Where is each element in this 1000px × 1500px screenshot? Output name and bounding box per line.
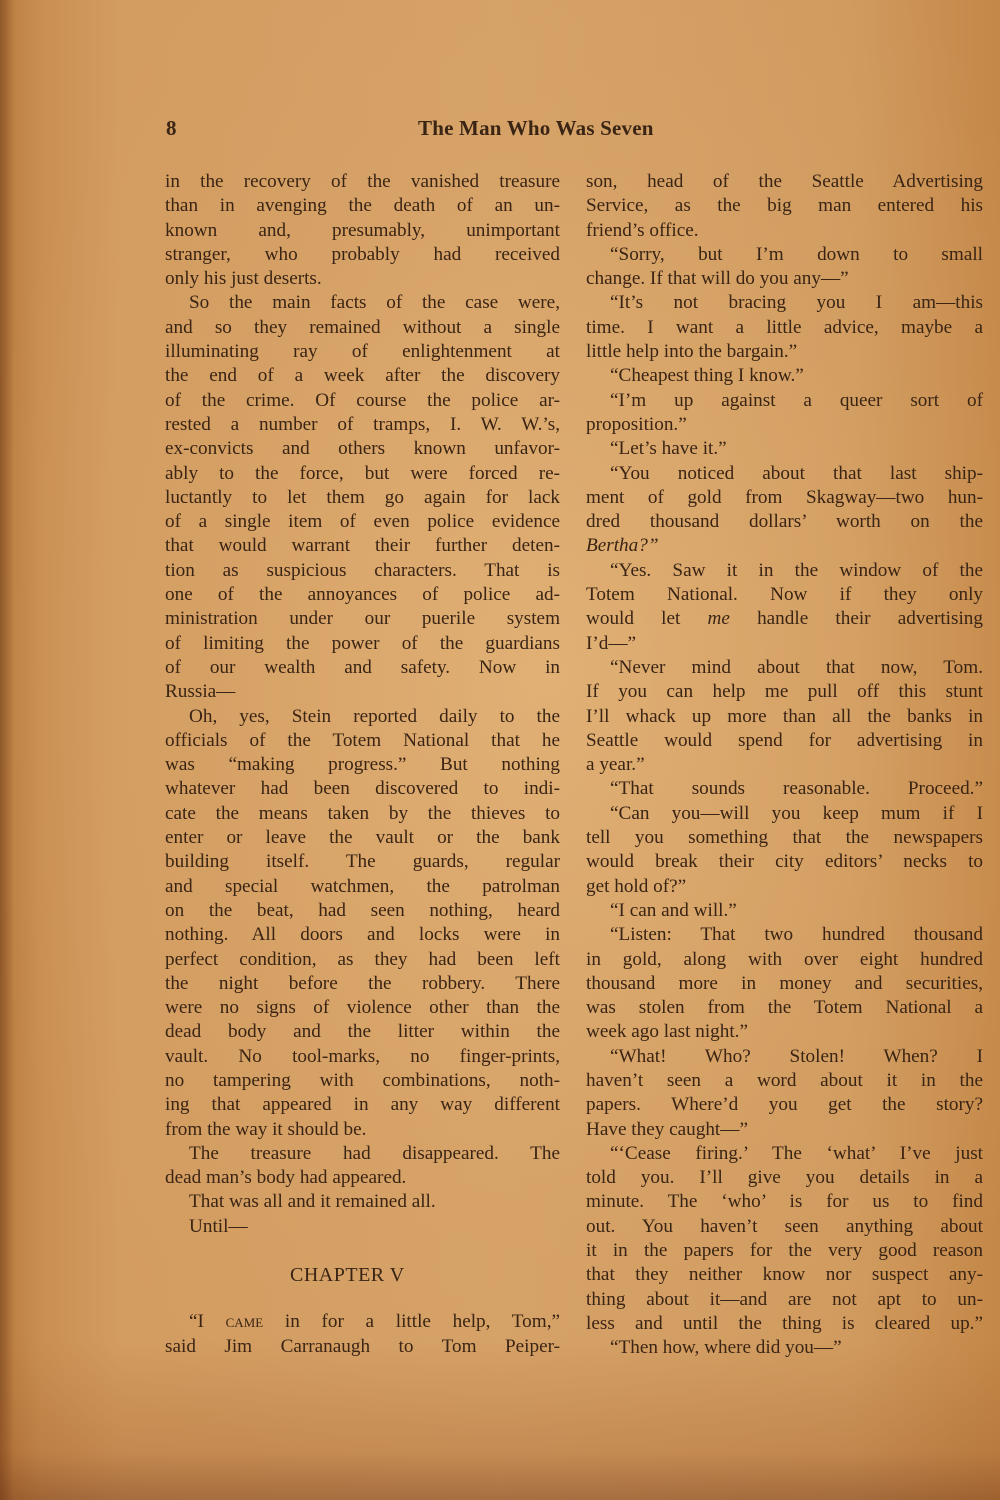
text-line: of our wealth and safety. Now in	[165, 656, 560, 680]
text-line: the night before the robbery. There	[165, 972, 560, 996]
text-line: dred thousand dollars’ worth on the	[586, 510, 983, 534]
text-line: papers. Where’d you get the story?	[586, 1093, 983, 1117]
italic-text: me	[708, 608, 730, 629]
text-line: the end of a week after the discovery	[165, 364, 560, 388]
text-line: officials of the Totem National that he	[165, 729, 560, 753]
text-line: was “making progress.” But nothing	[165, 753, 560, 777]
text-line: “That sounds reasonable. Proceed.”	[586, 777, 983, 801]
text-line: I’ll whack up more than all the banks in	[586, 705, 983, 729]
text-line: of a single item of even police evidence	[165, 510, 560, 534]
chapter-heading: CHAPTER V	[165, 1263, 560, 1287]
text-line: cate the means taken by the thieves to	[165, 802, 560, 826]
text-line: friend’s office.	[586, 219, 983, 243]
text-line: enter or leave the vault or the bank	[165, 826, 560, 850]
text-line: “Sorry, but I’m down to small	[586, 243, 983, 267]
text-line: ex-convicts and others known unfavor-	[165, 437, 560, 461]
text-line: in gold, along with over eight hundred	[586, 948, 983, 972]
text-line: in the recovery of the vanished treasure	[165, 170, 560, 194]
text-line: Bertha?”	[586, 534, 983, 558]
text-line: ministration under our puerile system	[165, 607, 560, 631]
text-line: change. If that will do you any—”	[586, 267, 983, 291]
text-line: thousand more in money and securities,	[586, 972, 983, 996]
left-text-column: in the recovery of the vanished treasure…	[165, 170, 560, 1359]
text-line: Until—	[165, 1215, 560, 1239]
text-line: “Can you—will you keep mum if I	[586, 802, 983, 826]
text-line: ing that appeared in any way different	[165, 1093, 560, 1117]
text-line: “‘Cease firing.’ The ‘what’ I’ve just	[586, 1142, 983, 1166]
text-line: nothing. All doors and locks were in	[165, 923, 560, 947]
text-line: “It’s not bracing you I am—this	[586, 291, 983, 315]
text-line: little help into the bargain.”	[586, 340, 983, 364]
text-line: tion as suspicious characters. That is	[165, 559, 560, 583]
text-line: was stolen from the Totem National a	[586, 996, 983, 1020]
text-line: “You noticed about that last ship-	[586, 462, 983, 486]
page-gutter-shadow	[0, 0, 14, 1500]
right-text-column: son, head of the Seattle AdvertisingServ…	[586, 170, 983, 1361]
text-line: and so they remained without a single	[165, 316, 560, 340]
text-line: minute. The ‘who’ is for us to find	[586, 1190, 983, 1214]
text-line: haven’t seen a word about it in the	[586, 1069, 983, 1093]
text-line: and special watchmen, the patrolman	[165, 875, 560, 899]
text-line: ment of gold from Skagway—two hun-	[586, 486, 983, 510]
text-line: proposition.”	[586, 413, 983, 437]
text-line: perfect condition, as they had been left	[165, 948, 560, 972]
text-line: thing about it—and are not apt to un-	[586, 1288, 983, 1312]
italic-text: Bertha?”	[586, 535, 659, 556]
text-line: from the way it should be.	[165, 1118, 560, 1142]
text-line: illuminating ray of enlightenment at	[165, 340, 560, 364]
text-line: That was all and it remained all.	[165, 1190, 560, 1214]
text-line: ably to the force, but were forced re-	[165, 462, 560, 486]
text-line: less and until the thing is cleared up.”	[586, 1312, 983, 1336]
text-line: dead body and the litter within the	[165, 1020, 560, 1044]
text-line: If you can help me pull off this stunt	[586, 680, 983, 704]
text-line: one of the annoyances of police ad-	[165, 583, 560, 607]
chapter-opening-line: “I came in for a little help, Tom,”	[165, 1310, 560, 1334]
page-number: 8	[166, 116, 177, 141]
text-line: whatever had been discovered to indi-	[165, 777, 560, 801]
text-line: I’d—”	[586, 632, 983, 656]
text-line: building itself. The guards, regular	[165, 850, 560, 874]
text-line: “Let’s have it.”	[586, 437, 983, 461]
text-line: week ago last night.”	[586, 1020, 983, 1044]
text-line: on the beat, had seen nothing, heard	[165, 899, 560, 923]
text-line: time. I want a little advice, maybe a	[586, 316, 983, 340]
running-header: 8 The Man Who Was Seven	[166, 116, 986, 146]
text-line: that would warrant their further deten-	[165, 534, 560, 558]
text-line: out. You haven’t seen anything about	[586, 1215, 983, 1239]
text-line: would let me handle their advertising	[586, 607, 983, 631]
text-line: Totem National. Now if they only	[586, 583, 983, 607]
text-line: Seattle would spend for advertising in	[586, 729, 983, 753]
text-line: than in avenging the death of an un-	[165, 194, 560, 218]
text-line: Have they caught—”	[586, 1118, 983, 1142]
text-line: Service, as the big man entered his	[586, 194, 983, 218]
text-line: vault. No tool-marks, no finger-prints,	[165, 1045, 560, 1069]
text-line: So the main facts of the case were,	[165, 291, 560, 315]
text-line: The treasure had disappeared. The	[165, 1142, 560, 1166]
text-line: it in the papers for the very good reaso…	[586, 1239, 983, 1263]
text-line: known and, presumably, unimportant	[165, 219, 560, 243]
text-line: “Then how, where did you—”	[586, 1336, 983, 1360]
text-line: of limiting the power of the guardians	[165, 632, 560, 656]
book-page: 8 The Man Who Was Seven in the recovery …	[0, 0, 1000, 1500]
text-line: would break their city editors’ necks to	[586, 850, 983, 874]
text-line: get hold of?”	[586, 875, 983, 899]
text-line: rested a number of tramps, I. W. W.’s,	[165, 413, 560, 437]
text-line: “I can and will.”	[586, 899, 983, 923]
text-line: dead man’s body had appeared.	[165, 1166, 560, 1190]
text-line: only his just deserts.	[165, 267, 560, 291]
text-line: Oh, yes, Stein reported daily to the	[165, 705, 560, 729]
text-line: “I’m up against a queer sort of	[586, 389, 983, 413]
text-line: luctantly to let them go again for lack	[165, 486, 560, 510]
text-line: “Yes. Saw it in the window of the	[586, 559, 983, 583]
text-line: “Cheapest thing I know.”	[586, 364, 983, 388]
text-line: “Listen: That two hundred thousand	[586, 923, 983, 947]
text-line: said Jim Carranaugh to Tom Peiper-	[165, 1335, 560, 1359]
text-line: were no signs of violence other than the	[165, 996, 560, 1020]
text-line: son, head of the Seattle Advertising	[586, 170, 983, 194]
book-title: The Man Who Was Seven	[418, 116, 654, 141]
text-line: told you. I’ll give you details in a	[586, 1166, 983, 1190]
text-line: of the crime. Of course the police ar-	[165, 389, 560, 413]
text-line: “Never mind about that now, Tom.	[586, 656, 983, 680]
small-caps-word: came	[226, 1311, 264, 1332]
text-line: “What! Who? Stolen! When? I	[586, 1045, 983, 1069]
text-line: no tampering with combinations, noth-	[165, 1069, 560, 1093]
text-line: stranger, who probably had received	[165, 243, 560, 267]
text-line: that they neither know nor suspect any-	[586, 1263, 983, 1287]
text-line: a year.”	[586, 753, 983, 777]
text-line: tell you something that the newspapers	[586, 826, 983, 850]
text-line: Russia—	[165, 680, 560, 704]
